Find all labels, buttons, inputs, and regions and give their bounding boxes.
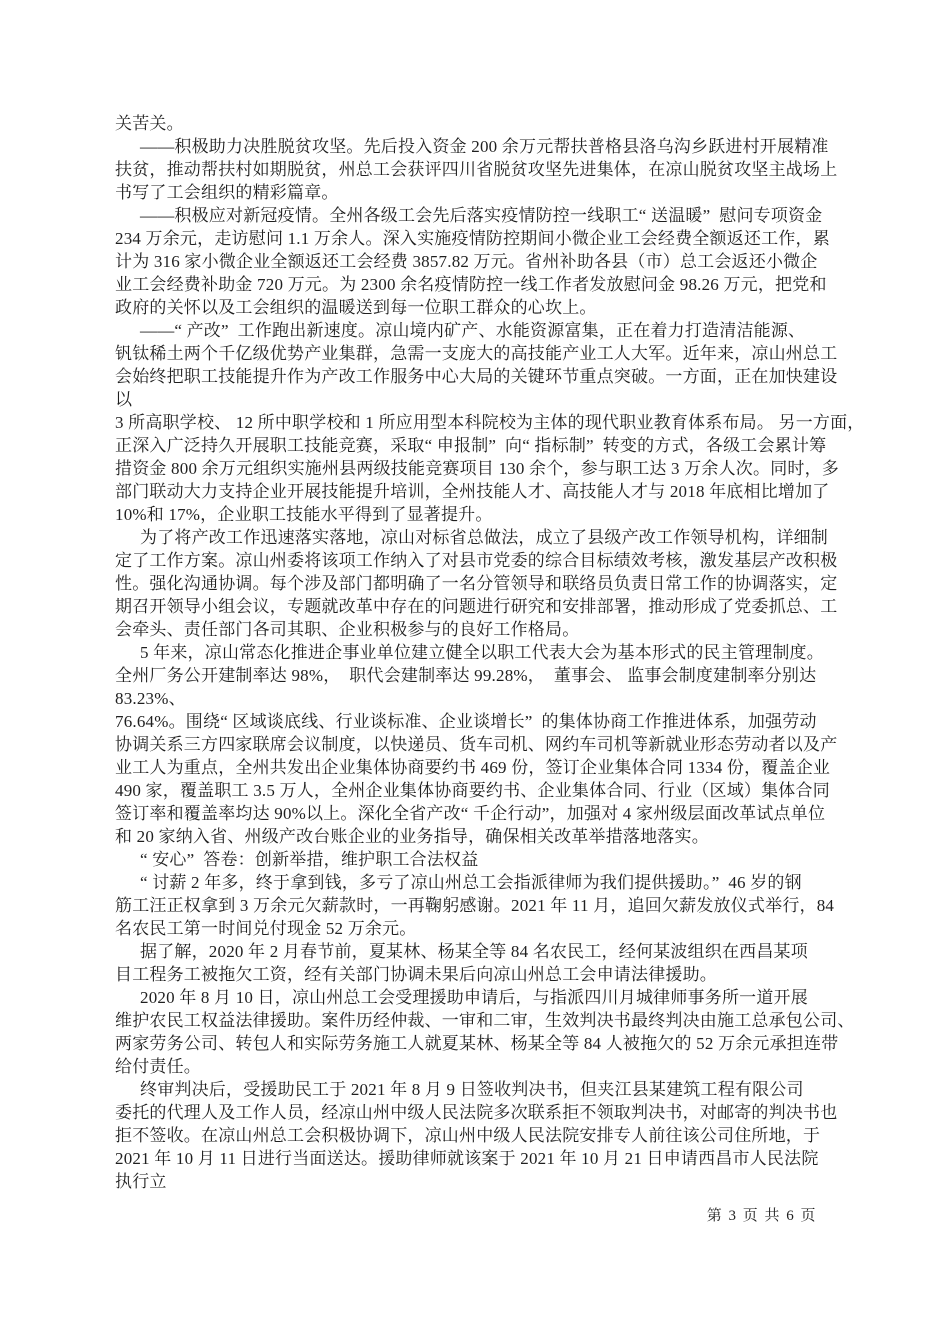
text-line: 76.64%。围绕“ 区域谈底线、行业谈标准、企业谈增长” 的集体协商工作推进体… — [115, 710, 842, 733]
text-line: 据了解，2020 年 2 月春节前，夏某林、杨某全等 84 名农民工，经何某波组… — [115, 940, 842, 963]
text-line: 名农民工第一时间兑付现金 52 万余元。 — [115, 917, 842, 940]
text-line: ——“ 产改” 工作跑出新速度。凉山境内矿产、水能资源富集，正在着力打造清洁能源… — [115, 319, 842, 342]
text-line: 5 年来，凉山常态化推进企事业单位建立健全以职工代表大会为基本形式的民主管理制度… — [115, 641, 842, 664]
text-line: 执行立 — [115, 1170, 842, 1193]
text-line: 签订率和覆盖率均达 90%以上。深化全省产改“ 千企行动”，加强对 4 家州级层… — [115, 802, 842, 825]
text-line: 两家劳务公司、转包人和实际劳务施工人就夏某林、杨某全等 84 人被拖欠的 52 … — [115, 1032, 842, 1055]
text-line: 83.23%、 — [115, 687, 842, 710]
text-line: ——积极助力决胜脱贫攻坚。先后投入资金 200 余万元帮扶普格县洛乌沟乡跃进村开… — [115, 135, 842, 158]
text-line: 会牵头、责任部门各司其职、企业积极参与的良好工作格局。 — [115, 618, 842, 641]
text-line: 计为 316 家小微企业全额返还工会经费 3857.82 万元。省州补助各县（市… — [115, 250, 842, 273]
text-line: 委托的代理人及工作人员，经凉山州中级人民法院多次联系拒不领取判决书，对邮寄的判决… — [115, 1101, 842, 1124]
document-body: 关苦关。——积极助力决胜脱贫攻坚。先后投入资金 200 余万元帮扶普格县洛乌沟乡… — [115, 112, 842, 1193]
text-line: 目工程务工被拖欠工资，经有关部门协调未果后向凉山州总工会申请法律援助。 — [115, 963, 842, 986]
text-line: 业工会经费补助金 720 万元。为 2300 余名疫情防控一线工作者发放慰问金 … — [115, 273, 842, 296]
text-line: 490 家，覆盖职工 3.5 万人，全州企业集体协商要约书、企业集体合同、行业（… — [115, 779, 842, 802]
document-page: 关苦关。——积极助力决胜脱贫攻坚。先后投入资金 200 余万元帮扶普格县洛乌沟乡… — [0, 0, 950, 1344]
text-line: 维护农民工权益法律援助。案件历经仲裁、一审和二审，生效判决书最终判决由施工总承包… — [115, 1009, 842, 1032]
text-line: 和 20 家纳入省、州级产改台账企业的业务指导，确保相关改革举措落地落实。 — [115, 825, 842, 848]
text-line: 部门联动大力支持企业开展技能提升培训，全州技能人才、高技能人才与 2018 年底… — [115, 480, 842, 503]
text-line: 措资金 800 余万元组织实施州县两级技能竞赛项目 130 余个，参与职工达 3… — [115, 457, 842, 480]
text-line: 协调关系三方四家联席会议制度，以快递员、货车司机、网约车司机等新就业形态劳动者以… — [115, 733, 842, 756]
page-footer: 第 3 页 共 6 页 — [707, 1206, 817, 1226]
text-line: 期召开领导小组会议，专题就改革中存在的问题进行研究和安排部署，推动形成了党委抓总… — [115, 595, 842, 618]
text-line: 234 万余元，走访慰问 1.1 万余人。深入实施疫情防控期间小微企业工会经费全… — [115, 227, 842, 250]
text-line: “ 讨薪 2 年多，终于拿到钱，多亏了凉山州总工会指派律师为我们提供援助。” 4… — [115, 871, 842, 894]
text-line: 会始终把职工技能提升作为产改工作服务中心大局的关键环节重点突破。一方面，正在加快… — [115, 365, 842, 388]
text-line: “ 安心” 答卷：创新举措，维护职工合法权益 — [115, 848, 842, 871]
text-line: 以 — [115, 388, 842, 411]
text-line: 为了将产改工作迅速落实落地，凉山对标省总做法，成立了县级产改工作领导机构，详细制 — [115, 526, 842, 549]
text-line: 2021 年 10 月 11 日进行当面送达。援助律师就该案于 2021 年 1… — [115, 1147, 842, 1170]
text-line: 正深入广泛持久开展职工技能竞赛，采取“ 申报制” 向“ 指标制” 转变的方式，各… — [115, 434, 842, 457]
text-line: 2020 年 8 月 10 日，凉山州总工会受理援助申请后，与指派四川月城律师事… — [115, 986, 842, 1009]
text-line: 扶贫，推动帮扶村如期脱贫，州总工会获评四川省脱贫攻坚先进集体，在凉山脱贫攻坚主战… — [115, 158, 842, 181]
text-line: 终审判决后，受援助民工于 2021 年 8 月 9 日签收判决书，但夹江县某建筑… — [115, 1078, 842, 1101]
text-line: 全州厂务公开建制率达 98%， 职代会建制率达 99.28%， 董事会、 监事会… — [115, 664, 842, 687]
text-line: 钒钛稀土两个千亿级优势产业集群，急需一支庞大的高技能产业工人大军。近年来，凉山州… — [115, 342, 842, 365]
text-line: 10%和 17%，企业职工技能水平得到了显著提升。 — [115, 503, 842, 526]
text-line: 性。强化沟通协调。每个涉及部门都明确了一名分管领导和联络员负责日常工作的协调落实… — [115, 572, 842, 595]
text-line: 业工人为重点，全州共发出企业集体协商要约书 469 份，签订企业集体合同 133… — [115, 756, 842, 779]
text-line: 筋工汪正权拿到 3 万余元欠薪款时，一再鞠躬感谢。2021 年 11 月，追回欠… — [115, 894, 842, 917]
text-line: 定了工作方案。凉山州委将该项工作纳入了对县市党委的综合目标绩效考核，激发基层产改… — [115, 549, 842, 572]
text-line: 政府的关怀以及工会组织的温暖送到每一位职工群众的心坎上。 — [115, 296, 842, 319]
text-line: 3 所高职学校、 12 所中职学校和 1 所应用型本科院校为主体的现代职业教育体… — [115, 411, 842, 434]
text-line: 给付责任。 — [115, 1055, 842, 1078]
text-line: 关苦关。 — [115, 112, 842, 135]
text-line: 书写了工会组织的精彩篇章。 — [115, 181, 842, 204]
text-line: 拒不签收。在凉山州总工会积极协调下，凉山州中级人民法院安排专人前往该公司住所地，… — [115, 1124, 842, 1147]
text-line: ——积极应对新冠疫情。全州各级工会先后落实疫情防控一线职工“ 送温暖” 慰问专项… — [115, 204, 842, 227]
